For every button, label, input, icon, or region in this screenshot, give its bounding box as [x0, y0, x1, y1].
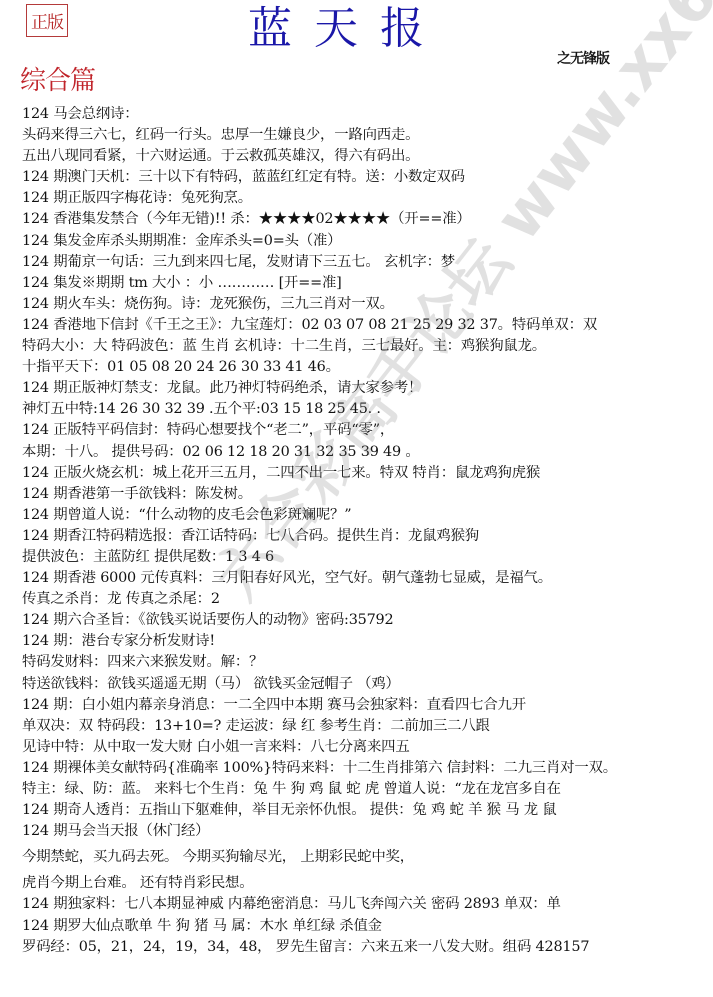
text-line: 124 正版特平码信封：特码心想要找个“老二”，平码“零”， [22, 420, 705, 441]
text-line: 特码发财料：四来六来猴发财。解：？ [22, 652, 705, 673]
text-line: 头码来得三六七，红码一行头。忠厚一生嫌良少，一路向西走。 [22, 125, 705, 146]
text-line: 五出八现同看紧，十六财运通。于云救孤英雄汉，得六有码出。 [22, 146, 705, 167]
text-line: 提供波色：主蓝防红 提供尾数：1 3 4 6 [22, 547, 705, 568]
text-line: 124 马会总纲诗： [22, 104, 705, 125]
text-line: 虎肖今期上台难。 还有特肖彩民想。 [22, 873, 705, 894]
text-line: 124 期：港台专家分析发财诗! [22, 631, 705, 652]
text-line: 124 期罗大仙点歌单 牛 狗 猪 马 属：木水 单红绿 杀值金 [22, 916, 705, 937]
text-line: 124 集发金库杀头期期准：金库杀头=0=头（准） [22, 231, 705, 252]
text-line: 124 期奇人透肖：五指山下躯难伸，举目无亲怀仇恨。 提供：兔 鸡 蛇 羊 猴 … [22, 800, 705, 821]
text-line: 124 香港地下信封《千王之王》：九宝莲灯：02 03 07 08 21 25 … [22, 315, 705, 336]
text-line: 特主：绿、防：蓝。 来料七个生肖：兔 牛 狗 鸡 鼠 蛇 虎 曾道人说：“龙在龙… [22, 779, 705, 800]
text-line: 见诗中特：从中取一发大财 白小姐一言来料：八七分离来四五 [22, 737, 705, 758]
newspaper-title: 蓝天报 [248, 4, 446, 54]
section-heading: 综合篇 [20, 60, 95, 97]
text-line: 124 正版火烧玄机：城上花开三五月，二四不出一七来。特双 特肖：鼠龙鸡狗虎猴 [22, 463, 705, 484]
text-line: 十指平天下：01 05 08 20 24 26 30 33 41 46。 [22, 357, 705, 378]
text-line: 124 期正版四字梅花诗：兔死狗烹。 [22, 188, 705, 209]
text-line: 124 期：白小姐内幕亲身消息：一二全四中本期 赛马会独家料：直看四七合九开 [22, 695, 705, 716]
text-line: 124 期正版神灯禁支：龙鼠。此乃神灯特码绝杀，请大家参考！ [22, 378, 705, 399]
text-line: 124 期马会当天报（休门经） [22, 821, 705, 842]
edition-label: 之无锋版 [557, 48, 609, 68]
text-line: 124 期六合圣旨：《欲钱买说话要伤人的动物》密码:35792 [22, 610, 705, 631]
text-line: 本期：十八。 提供号码：02 06 12 18 20 31 32 35 39 4… [22, 442, 705, 463]
text-line: 124 期香江特码精选报：香江话特码：七八合码。提供生肖：龙鼠鸡猴狗 [22, 526, 705, 547]
text-line: 神灯五中特:14 26 30 32 39 .五个平:03 15 18 25 45… [22, 399, 705, 420]
authentic-badge: 正版 [26, 4, 68, 37]
article-body: 124 马会总纲诗：头码来得三六七，红码一行头。忠厚一生嫌良少，一路向西走。五出… [22, 104, 705, 958]
text-line: 124 期香港 6000 元传真料：三月阳春好风光，空气好。朝气蓬勃七显威，是福… [22, 568, 705, 589]
text-line: 124 期独家料：七八本期显神威 内幕绝密消息：马儿飞奔闯六关 密码 2893 … [22, 894, 705, 915]
text-line: 124 期香港第一手欲钱料：陈发树。 [22, 484, 705, 505]
text-line: 特送欲钱料：欲钱买遥遥无期（马） 欲钱买金冠帽子 （鸡） [22, 674, 705, 695]
text-line: 单双决：双 特码段：13+10=? 走运波：绿 红 参考生肖：二前加三二八跟 [22, 716, 705, 737]
text-line: 今期禁蛇，买九码去死。 今期买狗输尽光， 上期彩民蛇中奖， [22, 847, 705, 868]
text-line: 124 期澳门天机：三十以下有特码，蓝蓝红红定有特。送：小数定双码 [22, 167, 705, 188]
text-line: 124 期裸体美女献特码{准确率 100%}特码来料：十二生肖排第六 信封料：二… [22, 758, 705, 779]
text-line: 124 期曾道人说：“什么动物的皮毛会色彩斑斓呢？” [22, 505, 705, 526]
text-line: 124 期火车头：烧伤狗。诗：龙死猴伤，三九三肖对一双。 [22, 294, 705, 315]
text-line: 124 集发※期期 tm 大小 ：小 ………… [开==准] [22, 273, 705, 294]
text-line: 124 香港集发禁合（今年无错)!! 杀：★★★★02★★★★（开==准） [22, 209, 705, 230]
text-line: 特码大小：大 特码波色：蓝 生肖 玄机诗：十二生肖，三七最好。主：鸡猴狗鼠龙。 [22, 336, 705, 357]
text-line: 罗码经：05，21，24，19，34，48， 罗先生留言：六来五来一八发大财。组… [22, 937, 705, 958]
text-line: 124 期葡京一句话：三九到来四七尾，发财请下三五七。 玄机字：梦 [22, 252, 705, 273]
text-line: 传真之杀肖：龙 传真之杀尾：2 [22, 589, 705, 610]
